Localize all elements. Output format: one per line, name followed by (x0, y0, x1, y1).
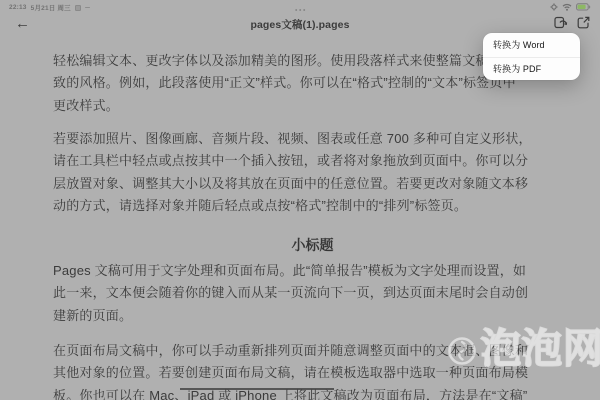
status-date: 5月21日 周三 (31, 3, 71, 12)
text-line[interactable]: 请在工具栏中轻点或点按其中一个插入按钮，或者将对象拖放到页面中。你可以分 (53, 150, 572, 172)
convert-popup-menu: 转换为 Word 转换为 PDF (483, 33, 580, 80)
paragraph-2[interactable]: 若要添加照片、图像画廊、音频片段、视频、图表或任意 700 多种可自定义形状， … (53, 128, 572, 218)
wifi-icon (562, 3, 572, 13)
paragraph-4[interactable]: 在页面布局文稿中，你可以手动重新排列页面并随意调整页面中的文本框、图像和 其他对… (53, 340, 572, 400)
paragraph-3[interactable]: Pages 文稿可用于文字处理和页面布局。此“简单报告”模板为文字处理而设置，如… (53, 260, 572, 327)
status-time: 22:13 (9, 4, 27, 11)
text-line[interactable]: 建新的页面。 (53, 305, 572, 327)
document-title: pages文稿(1).pages (0, 17, 600, 32)
app-indicator-icon (75, 5, 81, 11)
text-line[interactable]: 其他对象的位置。若要创建页面布局文稿，请在模板选取器中选取一种页面布局模 (53, 362, 572, 384)
convert-document-icon[interactable] (553, 15, 568, 30)
menu-item-convert-word[interactable]: 转换为 Word (483, 33, 580, 57)
multitask-handle[interactable] (295, 9, 305, 11)
text-line[interactable]: Pages 文稿可用于文字处理和页面布局。此“简单报告”模板为文字处理而设置，如 (53, 260, 572, 282)
status-right (550, 3, 591, 13)
orientation-lock-icon (550, 3, 558, 13)
status-left: 22:13 5月21日 周三 (9, 3, 90, 12)
open-in-icon[interactable] (576, 15, 591, 30)
battery-icon (576, 3, 591, 13)
text-line[interactable]: 层放置对象、调整其大小以及将其放在页面中的任意位置。若要更改对象随文本移 (53, 173, 572, 195)
text-underline-artifact (180, 388, 334, 390)
menu-item-convert-pdf[interactable]: 转换为 PDF (483, 57, 580, 80)
status-bar: 22:13 5月21日 周三 (0, 0, 600, 13)
text-line[interactable]: 若要添加照片、图像画廊、音频片段、视频、图表或任意 700 多种可自定义形状， (53, 128, 572, 150)
text-line[interactable]: 动的方式，请选择对象并随后轻点或点按“格式”控制中的“排列”标签页。 (53, 195, 572, 217)
text-line[interactable]: 更改样式。 (53, 95, 572, 117)
section-heading[interactable]: 小标题 (53, 234, 572, 256)
text-line[interactable]: 此一来，文本便会随着你的键入而从某一页流向下一页，到达页面末尾时会自动创 (53, 282, 572, 304)
text-line[interactable]: 在页面布局文稿中，你可以手动重新排列页面并随意调整页面中的文本框、图像和 (53, 340, 572, 362)
status-dash-icon (85, 7, 90, 8)
